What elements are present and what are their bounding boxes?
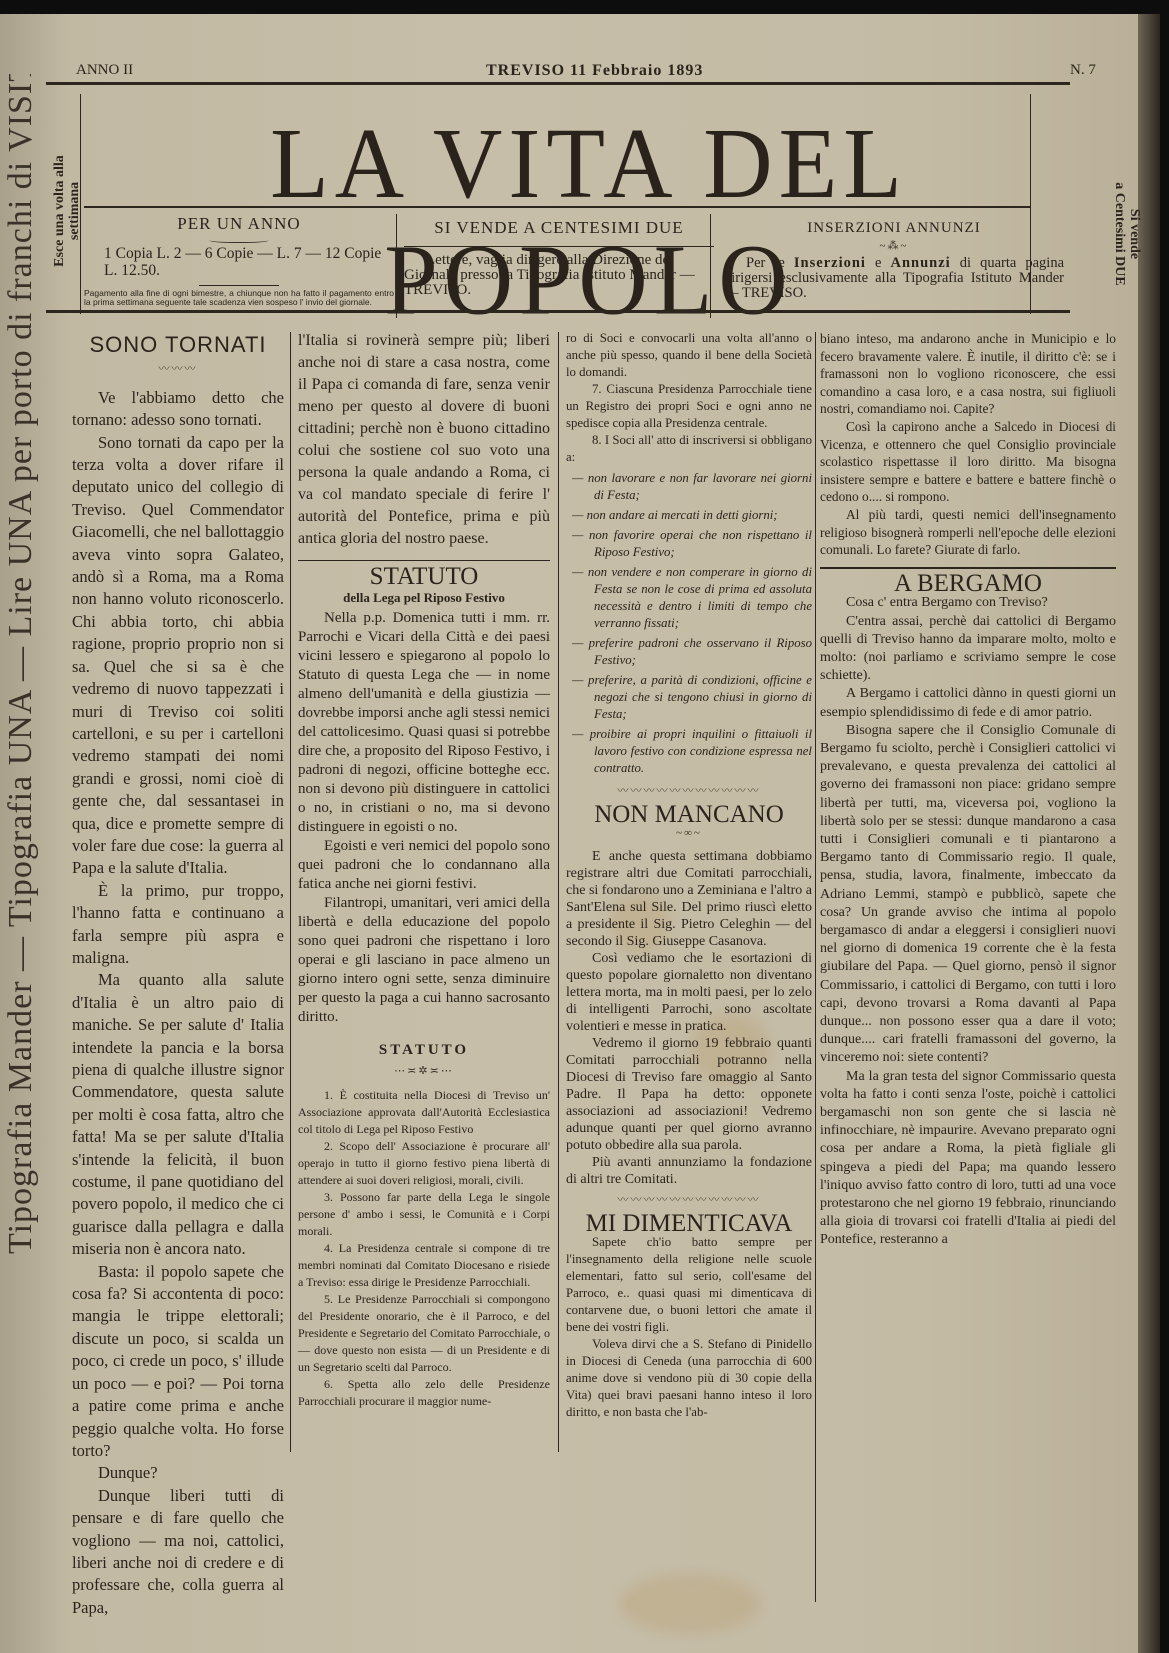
column-rule	[815, 332, 816, 1602]
statute-article: 1. È costituita nella Diocesi di Treviso…	[298, 1087, 550, 1138]
paragraph: Più avanti annunziamo la fondazione di a…	[566, 1154, 812, 1188]
paragraph: Così vediamo che le esortazioni di quest…	[566, 950, 812, 1035]
obligation-item: — preferire padroni che osservano il Rip…	[566, 635, 812, 669]
sale-title: SI VENDE A CENTESIMI DUE	[404, 214, 714, 238]
price-vertical: Si vendea Centesimi DUE	[1112, 144, 1146, 344]
paragraph: Nella p.p. Domenica tutti i mm. rr. Parr…	[298, 609, 550, 837]
issue-number: N. 7	[1070, 62, 1096, 79]
paragraph: C'entra assai, perchè dai cattolici di B…	[820, 613, 1116, 686]
column-4: biano inteso, ma andarono anche in Munic…	[820, 330, 1116, 1250]
statute-article: 6. Spetta allo zelo delle Presidenze Par…	[298, 1376, 550, 1410]
obligation-item: — non andare ai mercati in detti giorni;	[566, 507, 812, 524]
header-rule	[46, 82, 1070, 85]
bold-annunzi: Annunzi	[890, 255, 950, 271]
paragraph: Sono tornati da capo per la terza volta …	[72, 432, 284, 880]
article-heading-a-bergamo: A BERGAMO	[820, 575, 1116, 593]
box-divider	[710, 214, 711, 318]
paragraph: Cosa c' entra Bergamo con Treviso?	[820, 594, 1116, 612]
ornament: ~⁂~	[724, 239, 1064, 252]
paragraph: È la primo, pur troppo, l'hanno fatta e …	[72, 880, 284, 970]
esce-line-1: Esce una volta alla	[52, 155, 67, 267]
statuto-title: STATUTO	[298, 1041, 550, 1060]
paragraph: biano inteso, ma andarono anche in Munic…	[820, 330, 1116, 418]
paragraph: Sapete ch'io batto sempre per l'insegnam…	[566, 1234, 812, 1336]
ads-text: Per le Inserzioni e Annunzi di quarta pa…	[724, 256, 1064, 301]
publication-frequency: Esce una volta allasettimana	[52, 106, 76, 326]
wavy-divider: 〰〰〰〰〰〰〰〰〰〰〰	[566, 1192, 812, 1209]
paragraph: Ma quanto alla salute d'Italia è un altr…	[72, 969, 284, 1260]
statute-article: 8. I Soci all' atto di inscriversi si ob…	[566, 432, 812, 466]
divider	[404, 246, 714, 247]
subscription-box: PER UN ANNO 1 Copia L. 2 — 6 Copie — L. …	[84, 214, 394, 318]
column-rule	[290, 332, 291, 1452]
obligation-item: — preferire, a parità di condizioni, off…	[566, 672, 812, 723]
squiggle-ornament	[209, 236, 269, 243]
column-rule	[558, 332, 559, 1452]
paragraph: Dunque?	[72, 1462, 284, 1484]
column-3: ro di Soci e convocarli una volta all'an…	[566, 330, 812, 1421]
payment-note: Pagamento alla fine di ogni bimestre, a …	[84, 289, 394, 307]
masthead: LA VITA DEL POPOLO PER UN ANNO 1 Copia L…	[84, 102, 1094, 322]
obligation-item: — non lavorare e non far lavorare nei gi…	[566, 470, 812, 504]
paragraph: Egoisti e veri nemici del popolo sono qu…	[298, 837, 550, 894]
article-heading-statuto: STATUTO	[298, 567, 550, 586]
column-1: SONO TORNATI 〰〰〰 Ve l'abbiamo detto che …	[72, 330, 284, 1619]
divider	[298, 560, 550, 561]
sivende-line-2: a Centesimi DUE	[1112, 182, 1127, 285]
masthead-left-border	[80, 94, 81, 314]
article-heading-mi-dimenticava: MI DIMENTICAVA	[566, 1215, 812, 1232]
paragraph: l'Italia si rovinerà sempre più; liberi …	[298, 330, 550, 550]
ads-box: INSERZIONI ANNUNZI ~⁂~ Per le Inserzioni…	[724, 214, 1064, 318]
obligation-item: — proibire ai propri inquilini o fittaiu…	[566, 726, 812, 777]
statute-article: 7. Ciascuna Presidenza Parrocchiale tien…	[566, 381, 812, 432]
divider	[820, 567, 1116, 569]
left-vertical-text: Tipografia Mander — Tipografia UNA — Lir…	[2, 74, 40, 1254]
newspaper-page: Tipografia Mander — Tipografia UNA — Lir…	[0, 14, 1160, 1653]
paragraph: Al più tardi, questi nemici dell'insegna…	[820, 506, 1116, 559]
statute-article: 4. La Presidenza centrale si compone di …	[298, 1240, 550, 1291]
volume-label: ANNO II	[76, 62, 133, 79]
article-heading-sono-tornati: SONO TORNATI	[72, 334, 284, 356]
statute-article: 2. Scopo dell' Associazione è procurare …	[298, 1138, 550, 1189]
paragraph: Filantropi, umanitari, veri amici della …	[298, 894, 550, 1027]
statute-article: 3. Possono far parte della Lega le singo…	[298, 1189, 550, 1240]
paragraph: Bisogna sapere che il Consiglio Comunale…	[820, 722, 1116, 1068]
bold-inserzioni: Inserzioni	[794, 255, 866, 271]
sale-box: SI VENDE A CENTESIMI DUE Lettere, vaglia…	[404, 214, 714, 318]
sivende-line-1: Si vende	[1127, 209, 1142, 259]
masthead-bottom-rule	[46, 310, 1070, 313]
ornament: ⋯≍✲≍⋯	[298, 1062, 550, 1081]
paragraph: Così la capirono anche a Salcedo in Dioc…	[820, 418, 1116, 506]
box-divider	[396, 214, 397, 318]
divider	[199, 285, 279, 286]
statute-article: 5. Le Presidenze Parrocchiali si compong…	[298, 1291, 550, 1376]
paragraph: A Bergamo i cattolici dànno in questi gi…	[820, 685, 1116, 721]
statute-article: ro di Soci e convocarli una volta all'an…	[566, 330, 812, 381]
article-subheading: della Lega pel Riposo Festivo	[298, 588, 550, 607]
paragraph: Basta: il popolo sapete che cosa fa? Si …	[72, 1261, 284, 1463]
ads-title: INSERZIONI ANNUNZI	[724, 214, 1064, 237]
article-heading-non-mancano: NON MANCANO	[566, 806, 812, 823]
paragraph: Ma la gran testa del signor Commissario …	[820, 1068, 1116, 1250]
subscription-title: PER UN ANNO	[84, 214, 394, 234]
paragraph: Vedremo il giorno 19 febbraio quanti Com…	[566, 1035, 812, 1154]
wavy-divider: 〰〰〰〰〰〰〰〰〰〰〰	[566, 783, 812, 800]
paragraph: Voleva dirvi che a S. Stefano di Pinidel…	[566, 1336, 812, 1421]
obligation-item: — non favorire operai che non rispettano…	[566, 527, 812, 561]
paragraph: Ve l'abbiamo detto che tornano: adesso s…	[72, 387, 284, 432]
paragraph: E anche questa settimana dobbiamo regist…	[566, 848, 812, 950]
obligation-item: — non vendere e non comperare in giorno …	[566, 564, 812, 632]
title-rule	[84, 206, 1030, 208]
sale-text: Lettere, vaglia dirigere alla Direzione …	[404, 253, 714, 298]
dateline: TREVISO 11 Febbraio 1893	[486, 62, 703, 80]
ornament: 〰〰〰	[72, 358, 284, 380]
paragraph: Dunque liberi tutti di pensare e di fare…	[72, 1485, 284, 1619]
subscription-prices: 1 Copia L. 2 — 6 Copie — L. 7 — 12 Copie…	[84, 245, 394, 279]
column-2: l'Italia si rovinerà sempre più; liberi …	[298, 330, 550, 1410]
left-margin-strip: Tipografia Mander — Tipografia UNA — Lir…	[0, 74, 46, 1274]
